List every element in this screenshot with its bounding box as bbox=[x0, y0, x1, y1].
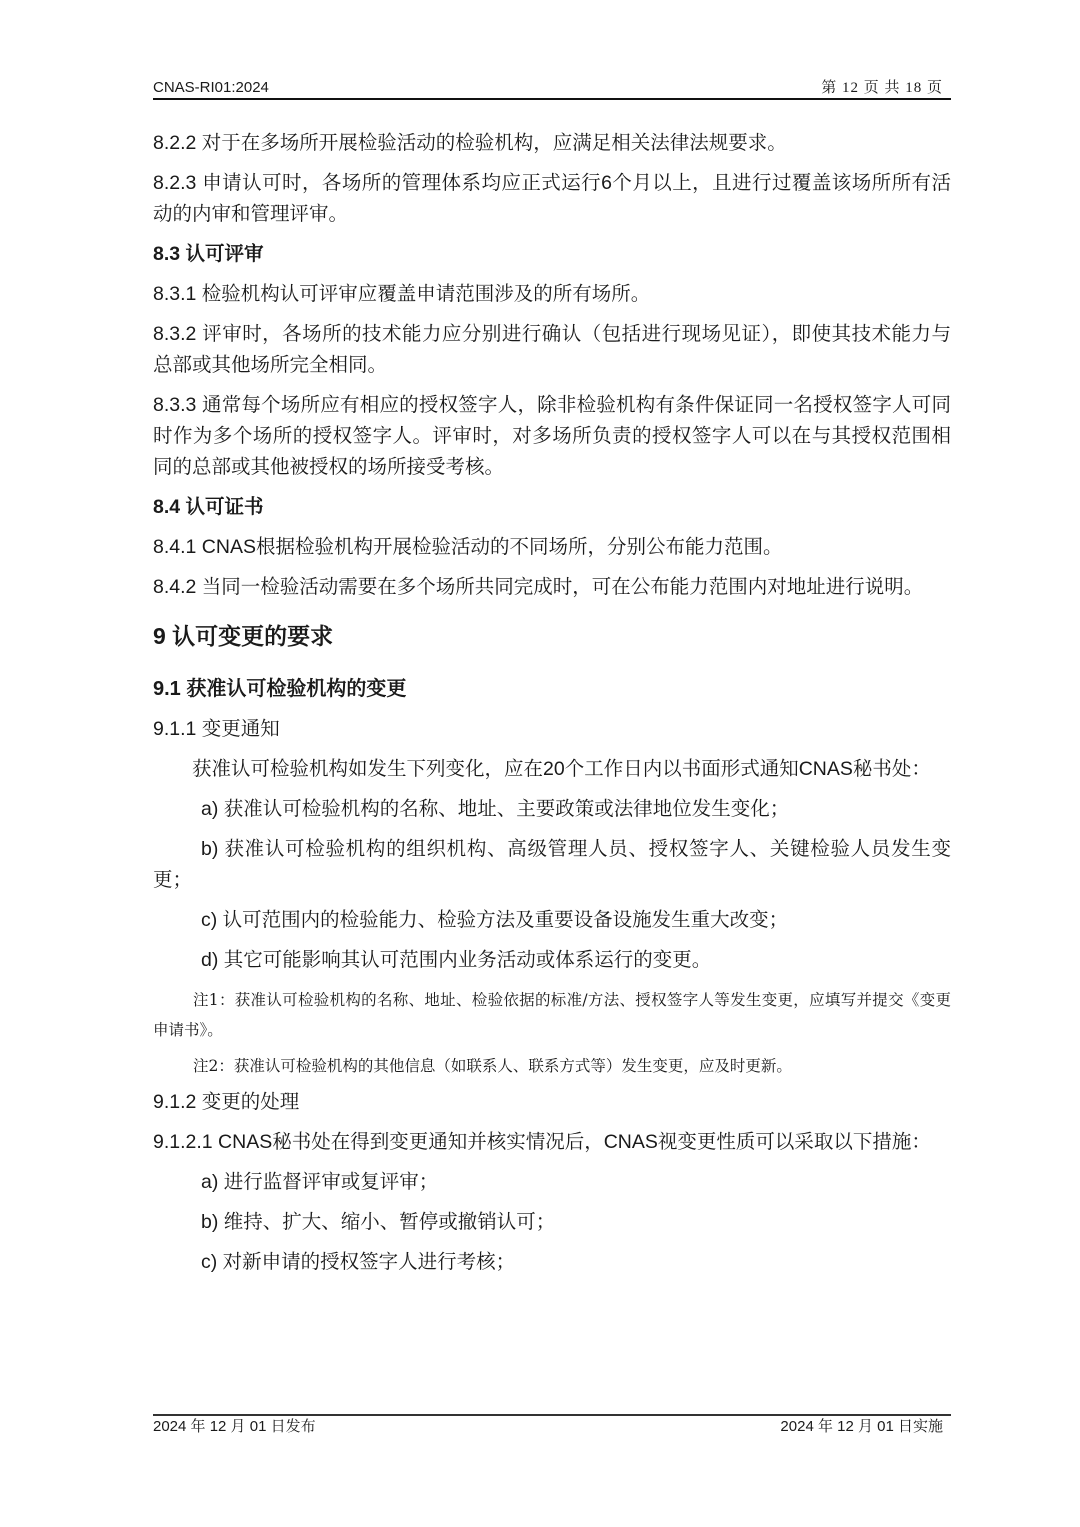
heading-8-3: 8.3 认可评审 bbox=[153, 239, 951, 270]
list-item-b: b) 获准认可检验机构的组织机构、高级管理人员、授权签字人、关键检验人员发生变更… bbox=[153, 834, 951, 896]
page-footer: 2024 年 12 月 01 日发布 2024 年 12 月 01 日实施 bbox=[153, 1417, 951, 1437]
clause-8-3-3: 8.3.3 通常每个场所应有相应的授权签字人，除非检验机构有条件保证同一名授权签… bbox=[153, 390, 951, 483]
clause-8-2-3: 8.2.3 申请认可时，各场所的管理体系均应正式运行6个月以上，且进行过覆盖该场… bbox=[153, 168, 951, 230]
heading-9: 9 认可变更的要求 bbox=[153, 620, 951, 652]
note-2: 注2：获准认可检验机构的其他信息（如联系人、联系方式等）发生变更，应及时更新。 bbox=[153, 1051, 951, 1081]
measure-item-c: c) 对新申请的授权签字人进行考核； bbox=[153, 1247, 951, 1278]
heading-9-1-2: 9.1.2 变更的处理 bbox=[153, 1087, 951, 1118]
clause-8-4-2: 8.4.2 当同一检验活动需要在多个场所共同完成时，可在公布能力范围内对地址进行… bbox=[153, 572, 951, 603]
footer-divider bbox=[153, 1414, 951, 1416]
heading-8-4: 8.4 认可证书 bbox=[153, 492, 951, 523]
clause-8-2-2: 8.2.2 对于在多场所开展检验活动的检验机构，应满足相关法律法规要求。 bbox=[153, 128, 951, 159]
doc-code: CNAS-RI01:2024 bbox=[153, 78, 269, 98]
heading-9-1-1: 9.1.1 变更通知 bbox=[153, 714, 951, 745]
clause-9-1-2-1: 9.1.2.1 CNAS秘书处在得到变更通知并核实情况后，CNAS视变更性质可以… bbox=[153, 1127, 951, 1158]
document-page: CNAS-RI01:2024 第 12 页 共 18 页 8.2.2 对于在多场… bbox=[0, 0, 1080, 1527]
effective-date: 2024 年 12 月 01 日实施 bbox=[780, 1417, 943, 1437]
measure-item-b: b) 维持、扩大、缩小、暂停或撤销认可； bbox=[153, 1207, 951, 1238]
list-item-c: c) 认可范围内的检验能力、检验方法及重要设备设施发生重大改变； bbox=[153, 905, 951, 936]
issue-date: 2024 年 12 月 01 日发布 bbox=[153, 1417, 316, 1437]
list-item-d: d) 其它可能影响其认可范围内业务活动或体系运行的变更。 bbox=[153, 945, 951, 976]
page-number: 第 12 页 共 18 页 bbox=[821, 78, 943, 98]
paragraph-9-1-1: 获准认可检验机构如发生下列变化，应在20个工作日内以书面形式通知CNAS秘书处： bbox=[153, 754, 951, 785]
measure-item-a: a) 进行监督评审或复评审； bbox=[153, 1167, 951, 1198]
heading-9-1: 9.1 获准认可检验机构的变更 bbox=[153, 674, 951, 705]
clause-8-4-1: 8.4.1 CNAS根据检验机构开展检验活动的不同场所，分别公布能力范围。 bbox=[153, 532, 951, 563]
note-1: 注1：获准认可检验机构的名称、地址、检验依据的标准/方法、授权签字人等发生变更，… bbox=[153, 985, 951, 1045]
document-body: 8.2.2 对于在多场所开展检验活动的检验机构，应满足相关法律法规要求。 8.2… bbox=[153, 128, 951, 1287]
header-divider bbox=[153, 98, 951, 100]
clause-8-3-1: 8.3.1 检验机构认可评审应覆盖申请范围涉及的所有场所。 bbox=[153, 279, 951, 310]
clause-8-3-2: 8.3.2 评审时，各场所的技术能力应分别进行确认（包括进行现场见证），即使其技… bbox=[153, 319, 951, 381]
page-header: CNAS-RI01:2024 第 12 页 共 18 页 bbox=[153, 78, 951, 98]
list-item-a: a) 获准认可检验机构的名称、地址、主要政策或法律地位发生变化； bbox=[153, 794, 951, 825]
